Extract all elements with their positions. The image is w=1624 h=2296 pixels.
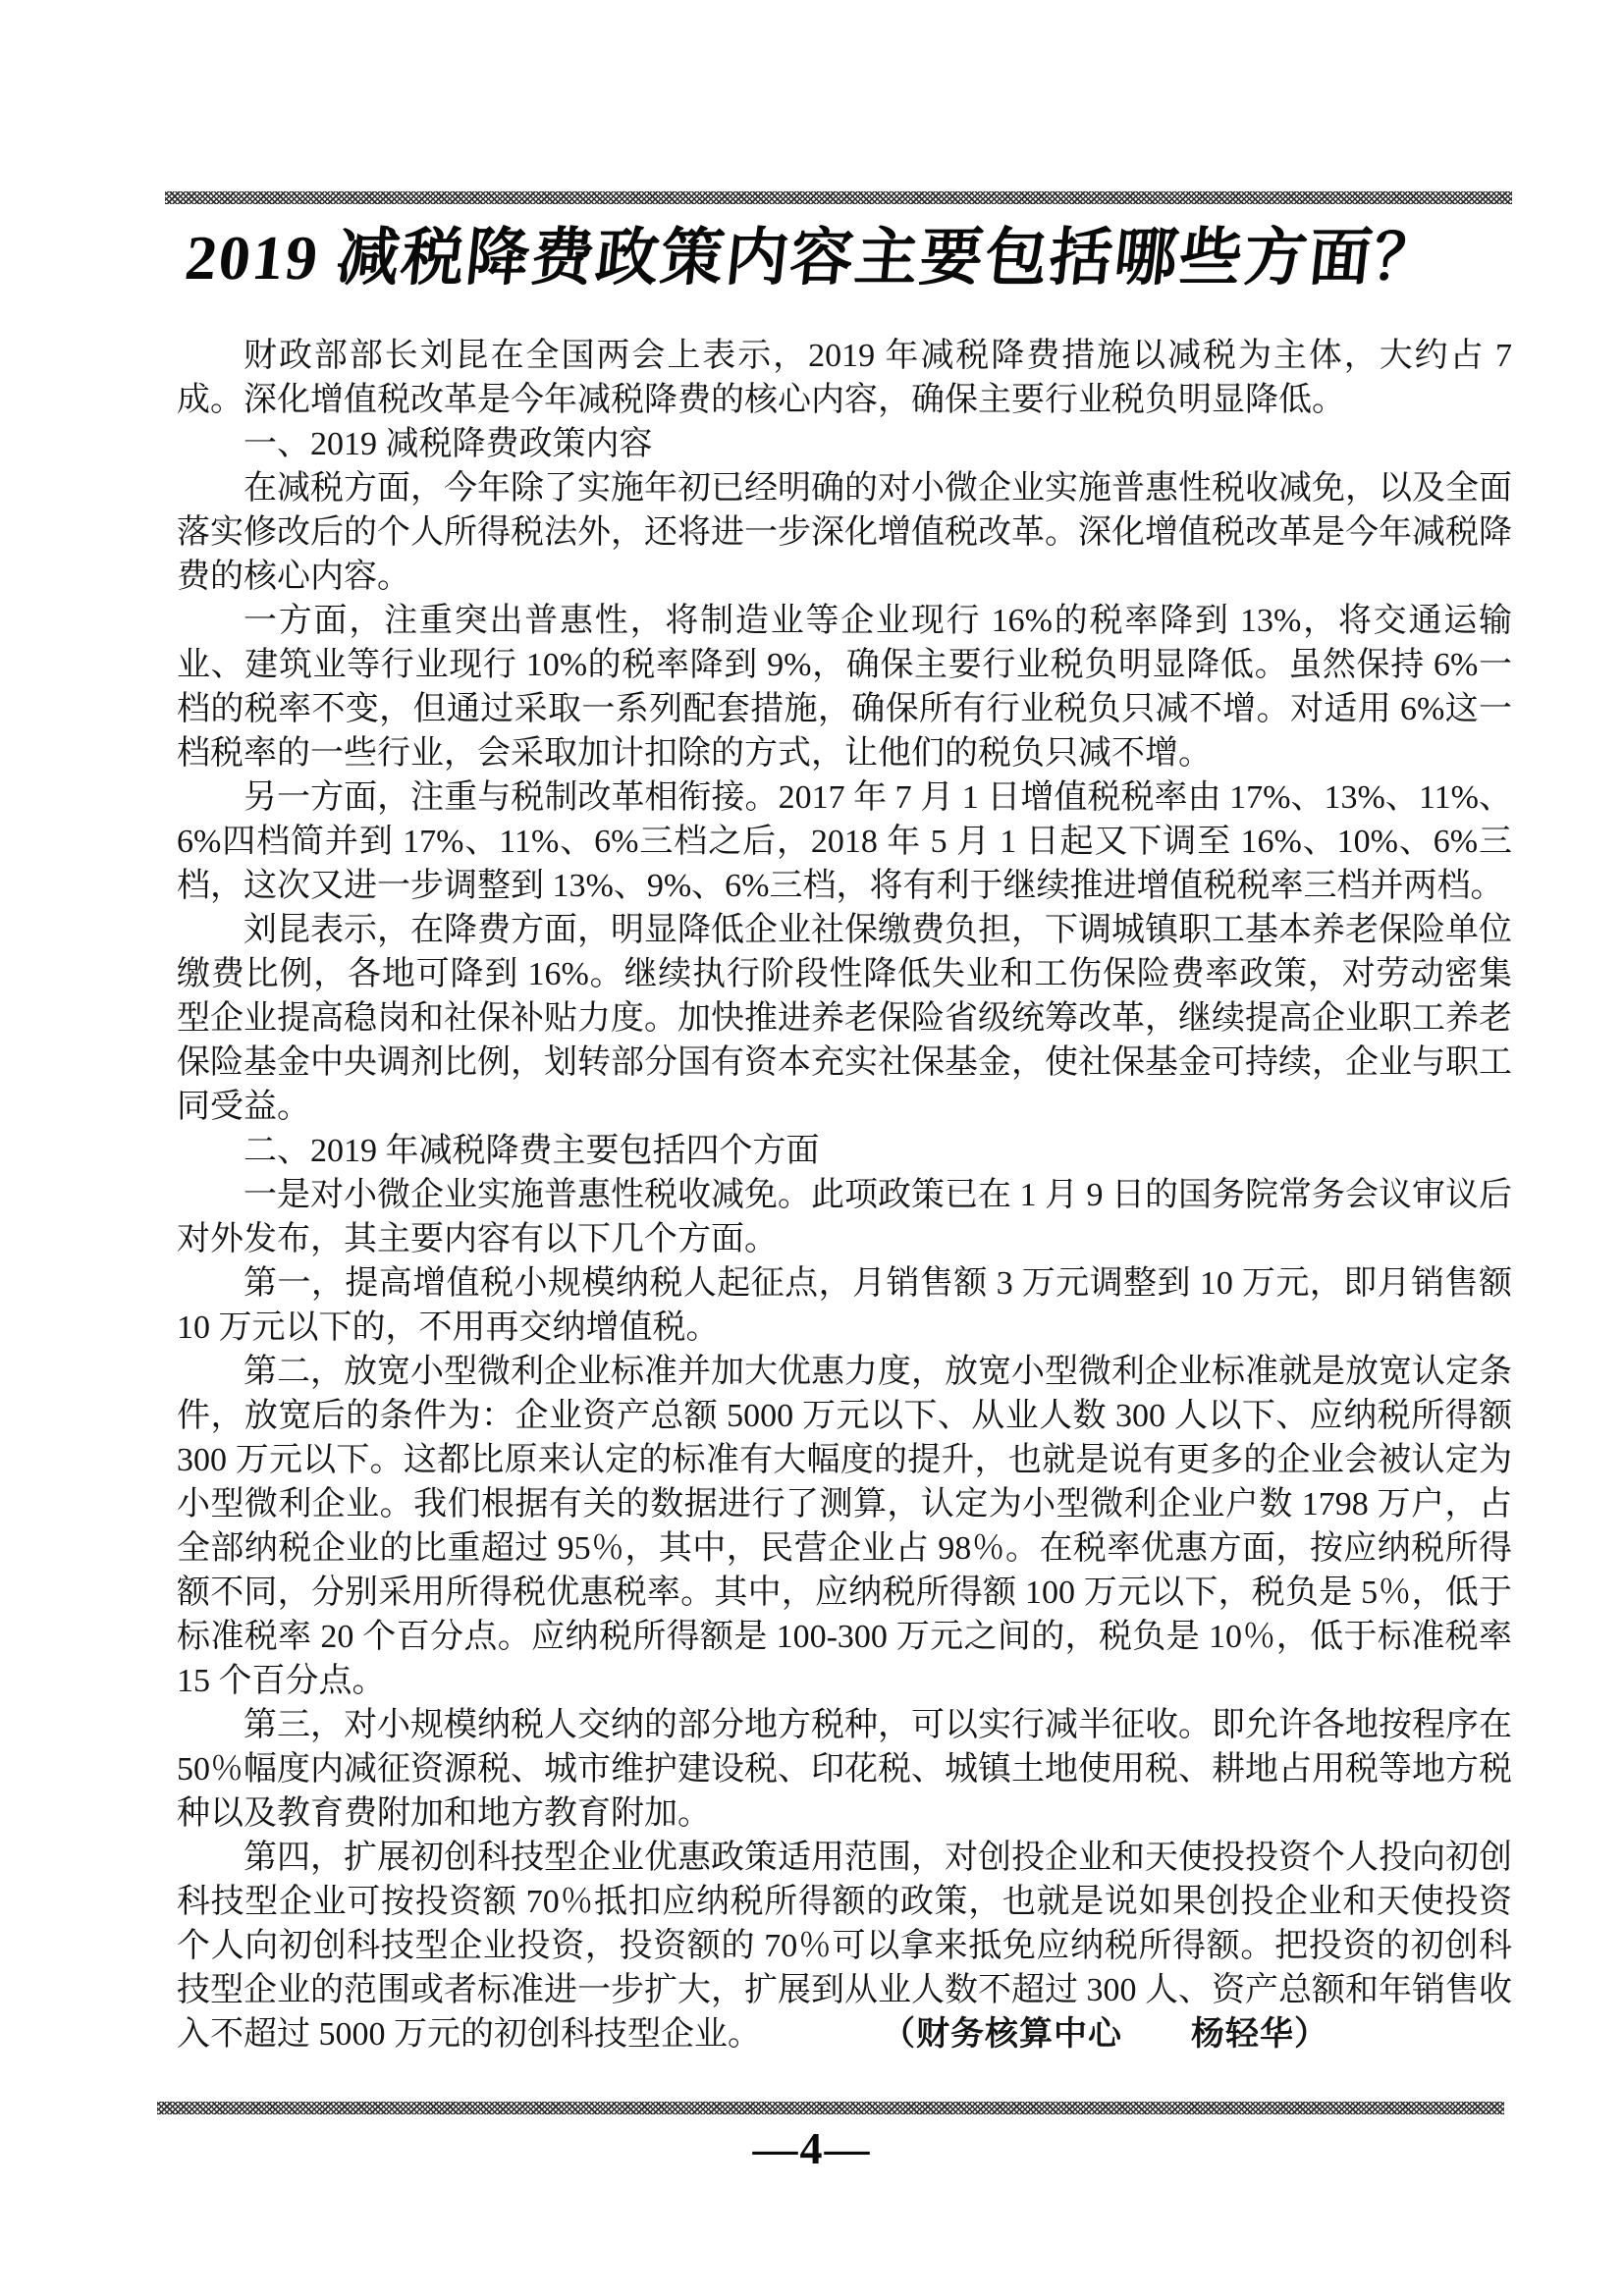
paragraph-intro: 财政部部长刘昆在全国两会上表示，2019 年减税降费措施以减税为主体，大约占 7… xyxy=(177,334,1512,422)
paragraph-vat-history: 另一方面，注重与税制改革相衔接。2017 年 7 月 1 日增值税税率由 17%… xyxy=(177,775,1512,908)
document-body: 财政部部长刘昆在全国两会上表示，2019 年减税降费措施以减税为主体，大约占 7… xyxy=(177,334,1512,2056)
author-signature: （财务核算中心 杨轻华） xyxy=(898,2015,1328,2053)
paragraph-point-3: 第三，对小规模纳税人交纳的部分地方税种，可以实行减半征收。即允许各地按程序在 5… xyxy=(177,1703,1512,1836)
page-title: 2019 减税降费政策内容主要包括哪些方面？ xyxy=(0,222,1624,294)
page-number: —4— xyxy=(0,2122,1624,2174)
top-divider xyxy=(165,191,1512,204)
document-page: 2019 减税降费政策内容主要包括哪些方面？ 财政部部长刘昆在全国两会上表示，2… xyxy=(0,0,1624,2296)
bottom-divider xyxy=(157,2102,1504,2114)
paragraph-point-4: 第四，扩展初创科技型企业优惠政策适用范围，对创投企业和天使投投资个人投向初创科技… xyxy=(177,1836,1512,2056)
paragraph-point-1: 第一，提高增值税小规模纳税人起征点，月销售额 3 万元调整到 10 万元，即月销… xyxy=(177,1261,1512,1350)
paragraph-rate-cuts: 一方面，注重突出普惠性，将制造业等企业现行 16%的税率降到 13%，将交通运输… xyxy=(177,599,1512,775)
paragraph-tax-cut: 在减税方面，今年除了实施年初已经明确的对小微企业实施普惠性税收减免，以及全面落实… xyxy=(177,466,1512,599)
paragraph-point-2: 第二，放宽小型微利企业标准并加大优惠力度，放宽小型微利企业标准就是放宽认定条件，… xyxy=(177,1350,1512,1703)
paragraph-fee-cuts: 刘昆表示，在降费方面，明显降低企业社保缴费负担，下调城镇职工基本养老保险单位缴费… xyxy=(177,908,1512,1129)
paragraph-smallbiz: 一是对小微企业实施普惠性税收减免。此项政策已在 1 月 9 日的国务院常务会议审… xyxy=(177,1173,1512,1261)
heading-section-1: 一、2019 减税降费政策内容 xyxy=(177,422,1512,466)
heading-section-2: 二、2019 年减税降费主要包括四个方面 xyxy=(177,1129,1512,1173)
